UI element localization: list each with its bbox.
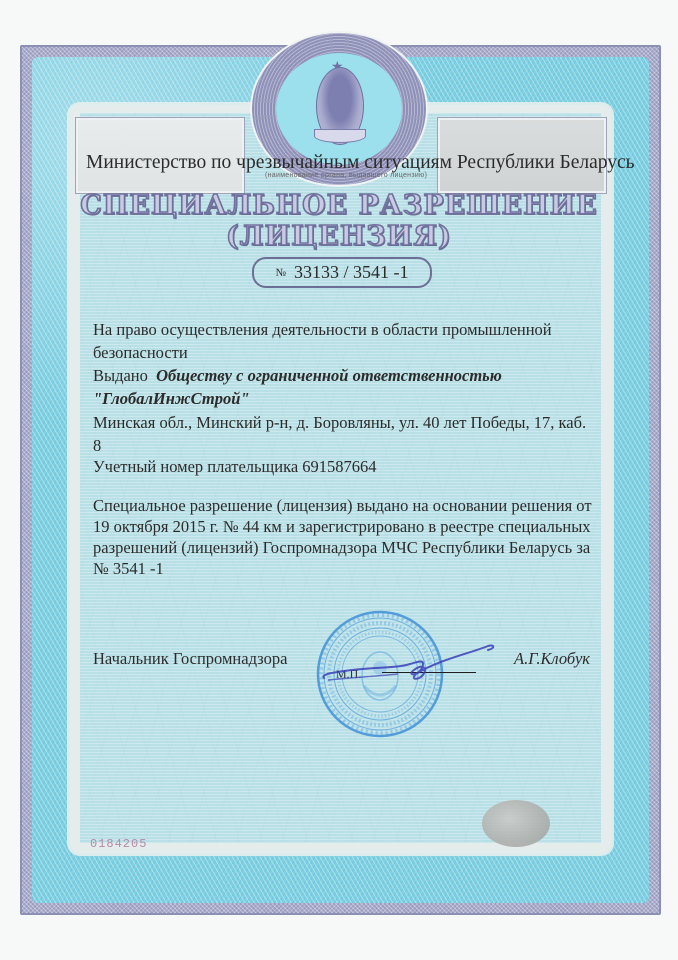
- hologram-sticker: [482, 800, 550, 847]
- document-subtitle: (ЛИЦЕНЗИЯ): [0, 221, 678, 252]
- taxpayer-number: Учетный номер плательщика 691587664: [93, 455, 593, 478]
- issued-to: Выдано Обществу с ограниченной ответстве…: [93, 364, 593, 410]
- activity-description: На право осуществления деятельности в об…: [93, 318, 593, 364]
- signatory-name: А.Г.Клобук: [514, 649, 590, 669]
- signatory-role: Начальник Госпромнадзора: [93, 649, 287, 669]
- number-sign: №: [276, 267, 287, 279]
- document-title: СПЕЦИАЛЬНОЕ РАЗРЕШЕНИЕ: [0, 190, 678, 221]
- company-name: Обществу с ограниченной ответственностью…: [93, 366, 502, 408]
- issuance-basis: Специальное разрешение (лицензия) выдано…: [93, 495, 593, 579]
- authority-caption: (наименование органа, выдавшего лицензию…: [265, 172, 427, 179]
- license-number-badge: № 33133 / 3541 -1: [252, 257, 432, 288]
- issuing-authority: Министерство по чрезвычайным ситуациям Р…: [86, 152, 606, 174]
- document-content: Министерство по чрезвычайным ситуациям Р…: [0, 0, 678, 960]
- license-number: 33133 / 3541 -1: [294, 262, 409, 283]
- issued-label: Выдано: [93, 366, 148, 385]
- company-address: Минская обл., Минский р-н, д. Боровляны,…: [93, 411, 593, 457]
- signature-icon: [318, 640, 518, 690]
- blank-serial-number: 0184205: [90, 837, 147, 851]
